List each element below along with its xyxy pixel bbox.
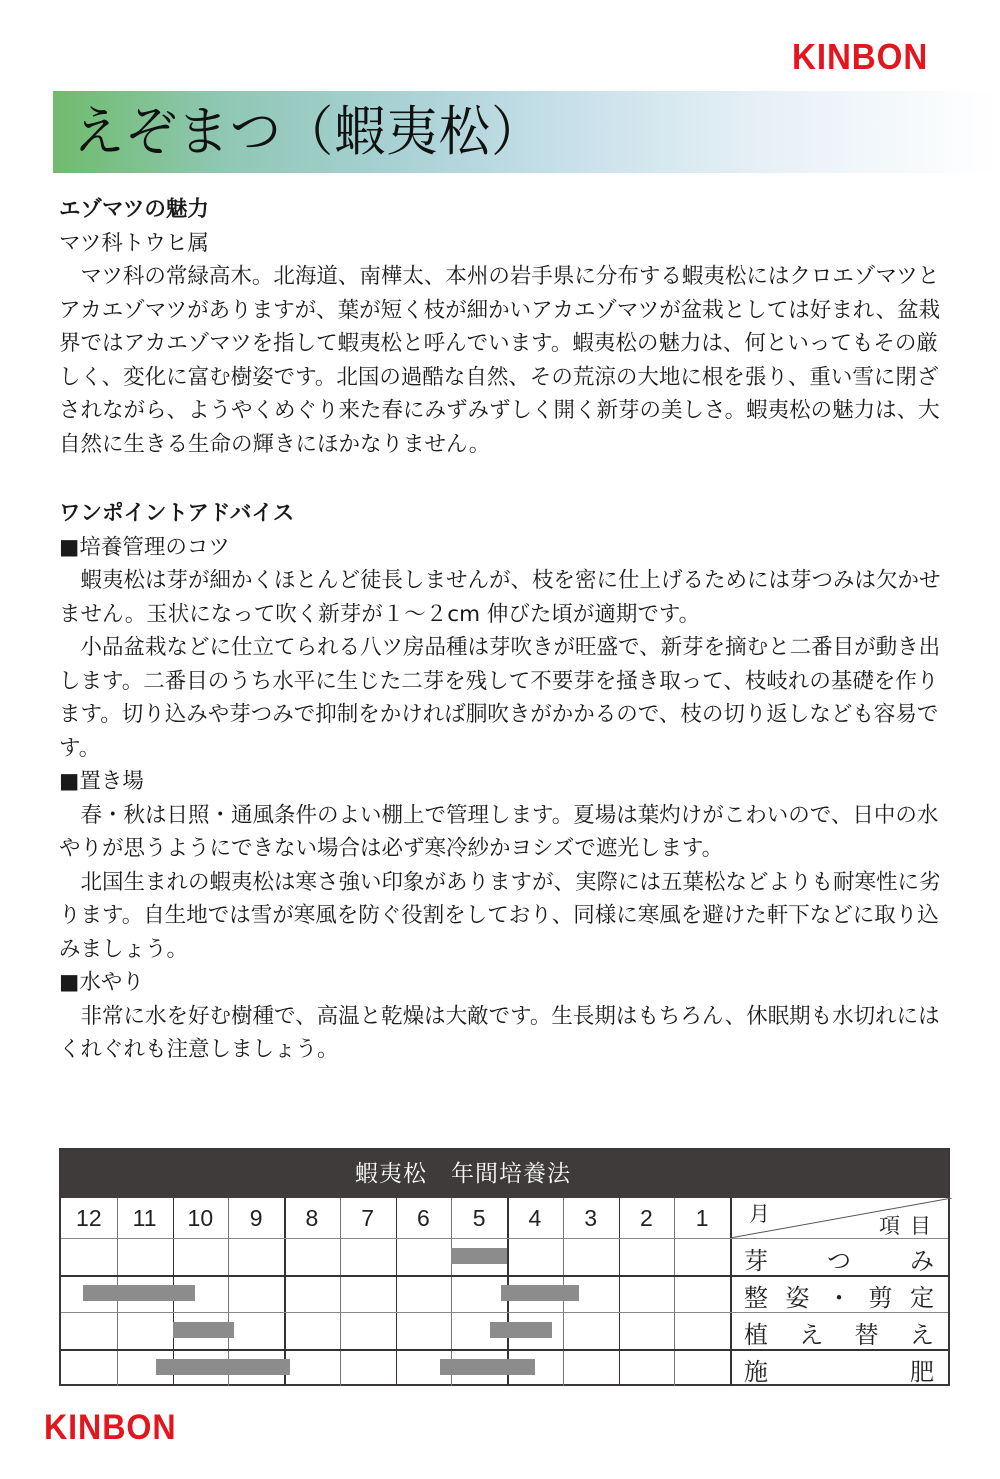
- title-banner: えぞまつ（蝦夷松）: [53, 91, 997, 173]
- month-label: 12: [61, 1198, 117, 1238]
- task-period-bar: [440, 1359, 535, 1375]
- calendar-title-bar: 蝦夷松 年間培養法: [61, 1150, 948, 1198]
- month-label: 6: [396, 1198, 452, 1238]
- grid-hline: [61, 1238, 948, 1239]
- task-label: 施肥: [744, 1352, 934, 1387]
- annual-care-calendar: 蝦夷松 年間培養法 月 項目 121110987654321芽つみ整姿・剪定植え…: [59, 1148, 950, 1386]
- month-label: 8: [284, 1198, 340, 1238]
- subheading-placement: ■置き場: [59, 765, 959, 799]
- month-label: 10: [173, 1198, 229, 1238]
- month-label: 1: [674, 1198, 730, 1238]
- page-title: えぞまつ（蝦夷松）: [73, 97, 543, 167]
- month-label: 5: [451, 1198, 507, 1238]
- article-body: エゾマツの魅力 マツ科トウヒ属 マツ科の常緑高木。北海道、南樺太、本州の岩手県に…: [59, 193, 959, 1067]
- section-heading-charm: エゾマツの魅力: [59, 193, 959, 227]
- month-label: 3: [563, 1198, 619, 1238]
- task-period-bar: [156, 1359, 290, 1375]
- cultivation-paragraph-1: 蝦夷松は芽が細かくほとんど徒長しませんが、枝を密に仕上げるためには芽つみは欠かせ…: [59, 564, 959, 631]
- brand-logo-top: KINBON: [792, 36, 928, 78]
- subheading-cultivation: ■培養管理のコツ: [59, 531, 959, 565]
- placement-paragraph-2: 北国生まれの蝦夷松は寒さ強い印象がありますが、実際には五葉松などよりも耐寒性に劣…: [59, 866, 959, 967]
- month-label: 2: [619, 1198, 675, 1238]
- task-period-bar: [83, 1285, 195, 1301]
- month-label: 11: [117, 1198, 173, 1238]
- header-item-label: 項目: [879, 1210, 941, 1240]
- subheading-watering: ■水やり: [59, 966, 959, 1000]
- plant-family: マツ科トウヒ属: [59, 227, 959, 261]
- task-label: 植え替え: [744, 1315, 934, 1350]
- calendar-title: 蝦夷松 年間培養法: [355, 1150, 571, 1198]
- task-period-bar: [173, 1322, 234, 1338]
- grid-vline: [730, 1198, 732, 1386]
- charm-paragraph: マツ科の常緑高木。北海道、南樺太、本州の岩手県に分布する蝦夷松にはクロエゾマツと…: [59, 260, 959, 461]
- placement-paragraph-1: 春・秋は日照・通風条件のよい棚上で管理します。夏場は葉灼けがこわいので、日中の水…: [59, 799, 959, 866]
- task-period-bar: [451, 1248, 507, 1264]
- brand-logo-bottom: KINBON: [44, 1408, 177, 1448]
- task-period-bar: [501, 1285, 579, 1301]
- task-label: 整姿・剪定: [744, 1278, 934, 1313]
- task-period-bar: [490, 1322, 551, 1338]
- task-label: 芽つみ: [744, 1241, 934, 1276]
- month-label: 7: [340, 1198, 396, 1238]
- month-label: 9: [228, 1198, 284, 1238]
- calendar-grid: 月 項目 121110987654321芽つみ整姿・剪定植え替え施肥: [61, 1198, 948, 1386]
- watering-paragraph-1: 非常に水を好む樹種で、高温と乾燥は大敵です。生長期はもちろん、休眠期も水切れには…: [59, 1000, 959, 1067]
- cultivation-paragraph-2: 小品盆栽などに仕立てられる八ツ房品種は芽吹きが旺盛で、新芽を摘むと二番目が動き出…: [59, 631, 959, 765]
- month-label: 4: [507, 1198, 563, 1238]
- header-month-label: 月: [749, 1198, 770, 1228]
- section-heading-advice: ワンポイントアドバイス: [59, 497, 959, 531]
